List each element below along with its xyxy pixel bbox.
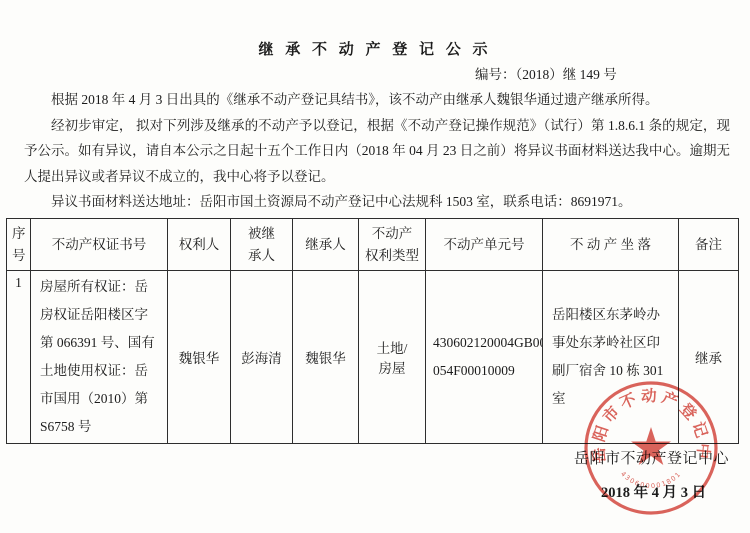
header-right-type: 不动产 权利类型 xyxy=(359,219,426,271)
header-remark: 备注 xyxy=(679,219,739,271)
cell-heir: 魏银华 xyxy=(293,271,359,444)
header-location: 不 动 产 坐 落 xyxy=(543,219,679,271)
header-unit-no: 不动产单元号 xyxy=(426,219,543,271)
header-heir: 继承人 xyxy=(293,219,359,271)
signature-date: 2018 年 4 月 3 日 xyxy=(601,481,706,502)
cell-cert-no: 房屋所有权证：岳房权证岳阳楼区字第 066391 号、国有土地使用权证：岳市国用… xyxy=(31,271,168,444)
cell-right-type: 土地/ 房屋 xyxy=(359,271,426,444)
registration-table: 序 号 不动产权证书号 权利人 被继 承人 继承人 不动产 权利类型 不动产单元… xyxy=(6,218,739,444)
cell-decedent: 彭海清 xyxy=(231,271,293,444)
table-row: 1 房屋所有权证：岳房权证岳阳楼区字第 066391 号、国有土地使用权证：岳市… xyxy=(7,271,739,444)
header-seq: 序 号 xyxy=(7,219,31,271)
paragraph-review: 经初步审定， 拟对下列涉及继承的不动产予以登记，根据《不动产登记操作规范》（试行… xyxy=(24,113,730,190)
header-right-holder: 权利人 xyxy=(168,219,231,271)
signature-org: 岳阳市不动产登记中心 xyxy=(574,447,729,468)
scanned-notice-page: 继 承 不 动 产 登 记 公 示 编号：（2018）继 149 号 根据 20… xyxy=(0,0,750,533)
cell-unit-no: 430602120004GB00 054F00010009 xyxy=(426,271,543,444)
cell-right-holder: 魏银华 xyxy=(168,271,231,444)
doc-number: 编号：（2018）继 149 号 xyxy=(475,63,617,83)
cell-location: 岳阳楼区东茅岭办事处东茅岭社区印刷厂宿舍 10 栋 301 室 xyxy=(543,271,679,444)
header-cert-no: 不动产权证书号 xyxy=(31,219,168,271)
header-decedent: 被继 承人 xyxy=(231,219,293,271)
notice-body: 根据 2018 年 4 月 3 日出具的《继承不动产登记具结书》，该不动产由继承… xyxy=(24,87,730,215)
cell-remark: 继承 xyxy=(679,271,739,444)
doc-title: 继 承 不 动 产 登 记 公 示 xyxy=(0,38,750,59)
table-header-row: 序 号 不动产权证书号 权利人 被继 承人 继承人 不动产 权利类型 不动产单元… xyxy=(7,219,739,271)
paragraph-basis: 根据 2018 年 4 月 3 日出具的《继承不动产登记具结书》，该不动产由继承… xyxy=(24,87,730,113)
paragraph-address: 异议书面材料送达地址：岳阳市国土资源局不动产登记中心法规科 1503 室，联系电… xyxy=(24,189,730,215)
cell-seq: 1 xyxy=(7,271,31,444)
